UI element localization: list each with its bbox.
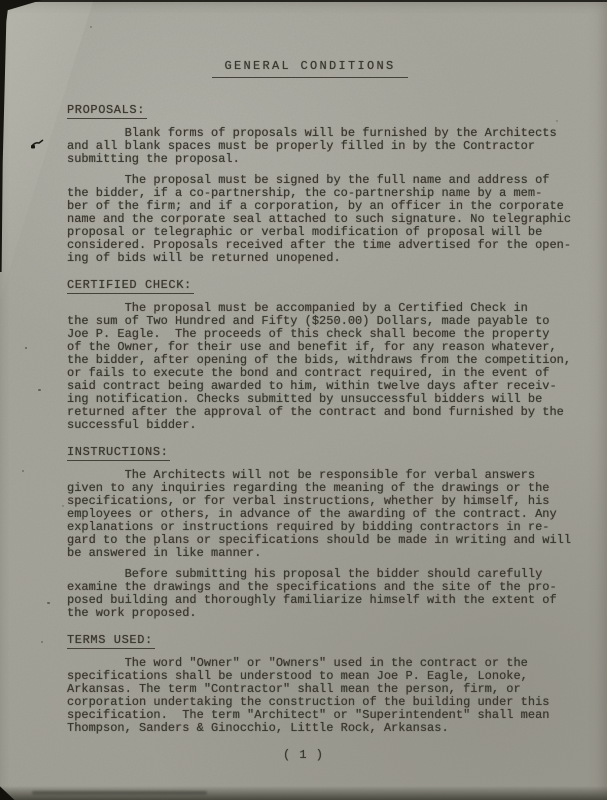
scan-edge-top [0,0,607,2]
paragraph: The proposal must be signed by the full … [67,174,593,265]
document-body: GENERAL CONDITIONS PROPOSALS: Blank form… [67,58,593,735]
paragraph: The word "Owner" or "Owners" used in the… [67,657,593,735]
heading-row: CERTIFIED CHECK: [67,279,593,294]
document-section: INSTRUCTIONS: The Architects will not be… [67,446,593,620]
page-number: ( 1 ) [0,748,607,762]
document-section: CERTIFIED CHECK: The proposal must be ac… [67,279,593,432]
document-section: PROPOSALS: Blank forms of proposals will… [67,104,593,265]
sections-container: PROPOSALS: Blank forms of proposals will… [67,104,593,735]
ink-blot [30,136,46,150]
paragraph: Before submitting his proposal the bidde… [67,568,593,620]
paper-speck [38,389,41,391]
section-heading: TERMS USED: [67,634,155,649]
scan-edge-bottom [0,786,607,800]
paper-speck [41,641,43,643]
paragraph: Blank forms of proposals will be furnish… [67,127,593,166]
paper-speck [62,505,64,507]
heading-row: TERMS USED: [67,634,593,649]
scanned-document-page: GENERAL CONDITIONS PROPOSALS: Blank form… [0,0,607,800]
page-title: GENERAL CONDITIONS [212,58,407,78]
document-section: TERMS USED: The word "Owner" or "Owners"… [67,634,593,735]
heading-row: INSTRUCTIONS: [67,446,593,461]
title-row: GENERAL CONDITIONS [67,58,553,90]
section-heading: CERTIFIED CHECK: [67,279,194,294]
paragraph: The Architects will not be responsible f… [67,469,593,560]
heading-row: PROPOSALS: [67,104,593,119]
paragraph: The proposal must be accompanied by a Ce… [67,302,593,432]
section-heading: PROPOSALS: [67,104,147,119]
paper-speck [47,602,50,604]
section-heading: INSTRUCTIONS: [67,446,170,461]
paper-speck [90,26,92,28]
paper-speck [22,470,24,472]
paper-speck [25,347,27,349]
